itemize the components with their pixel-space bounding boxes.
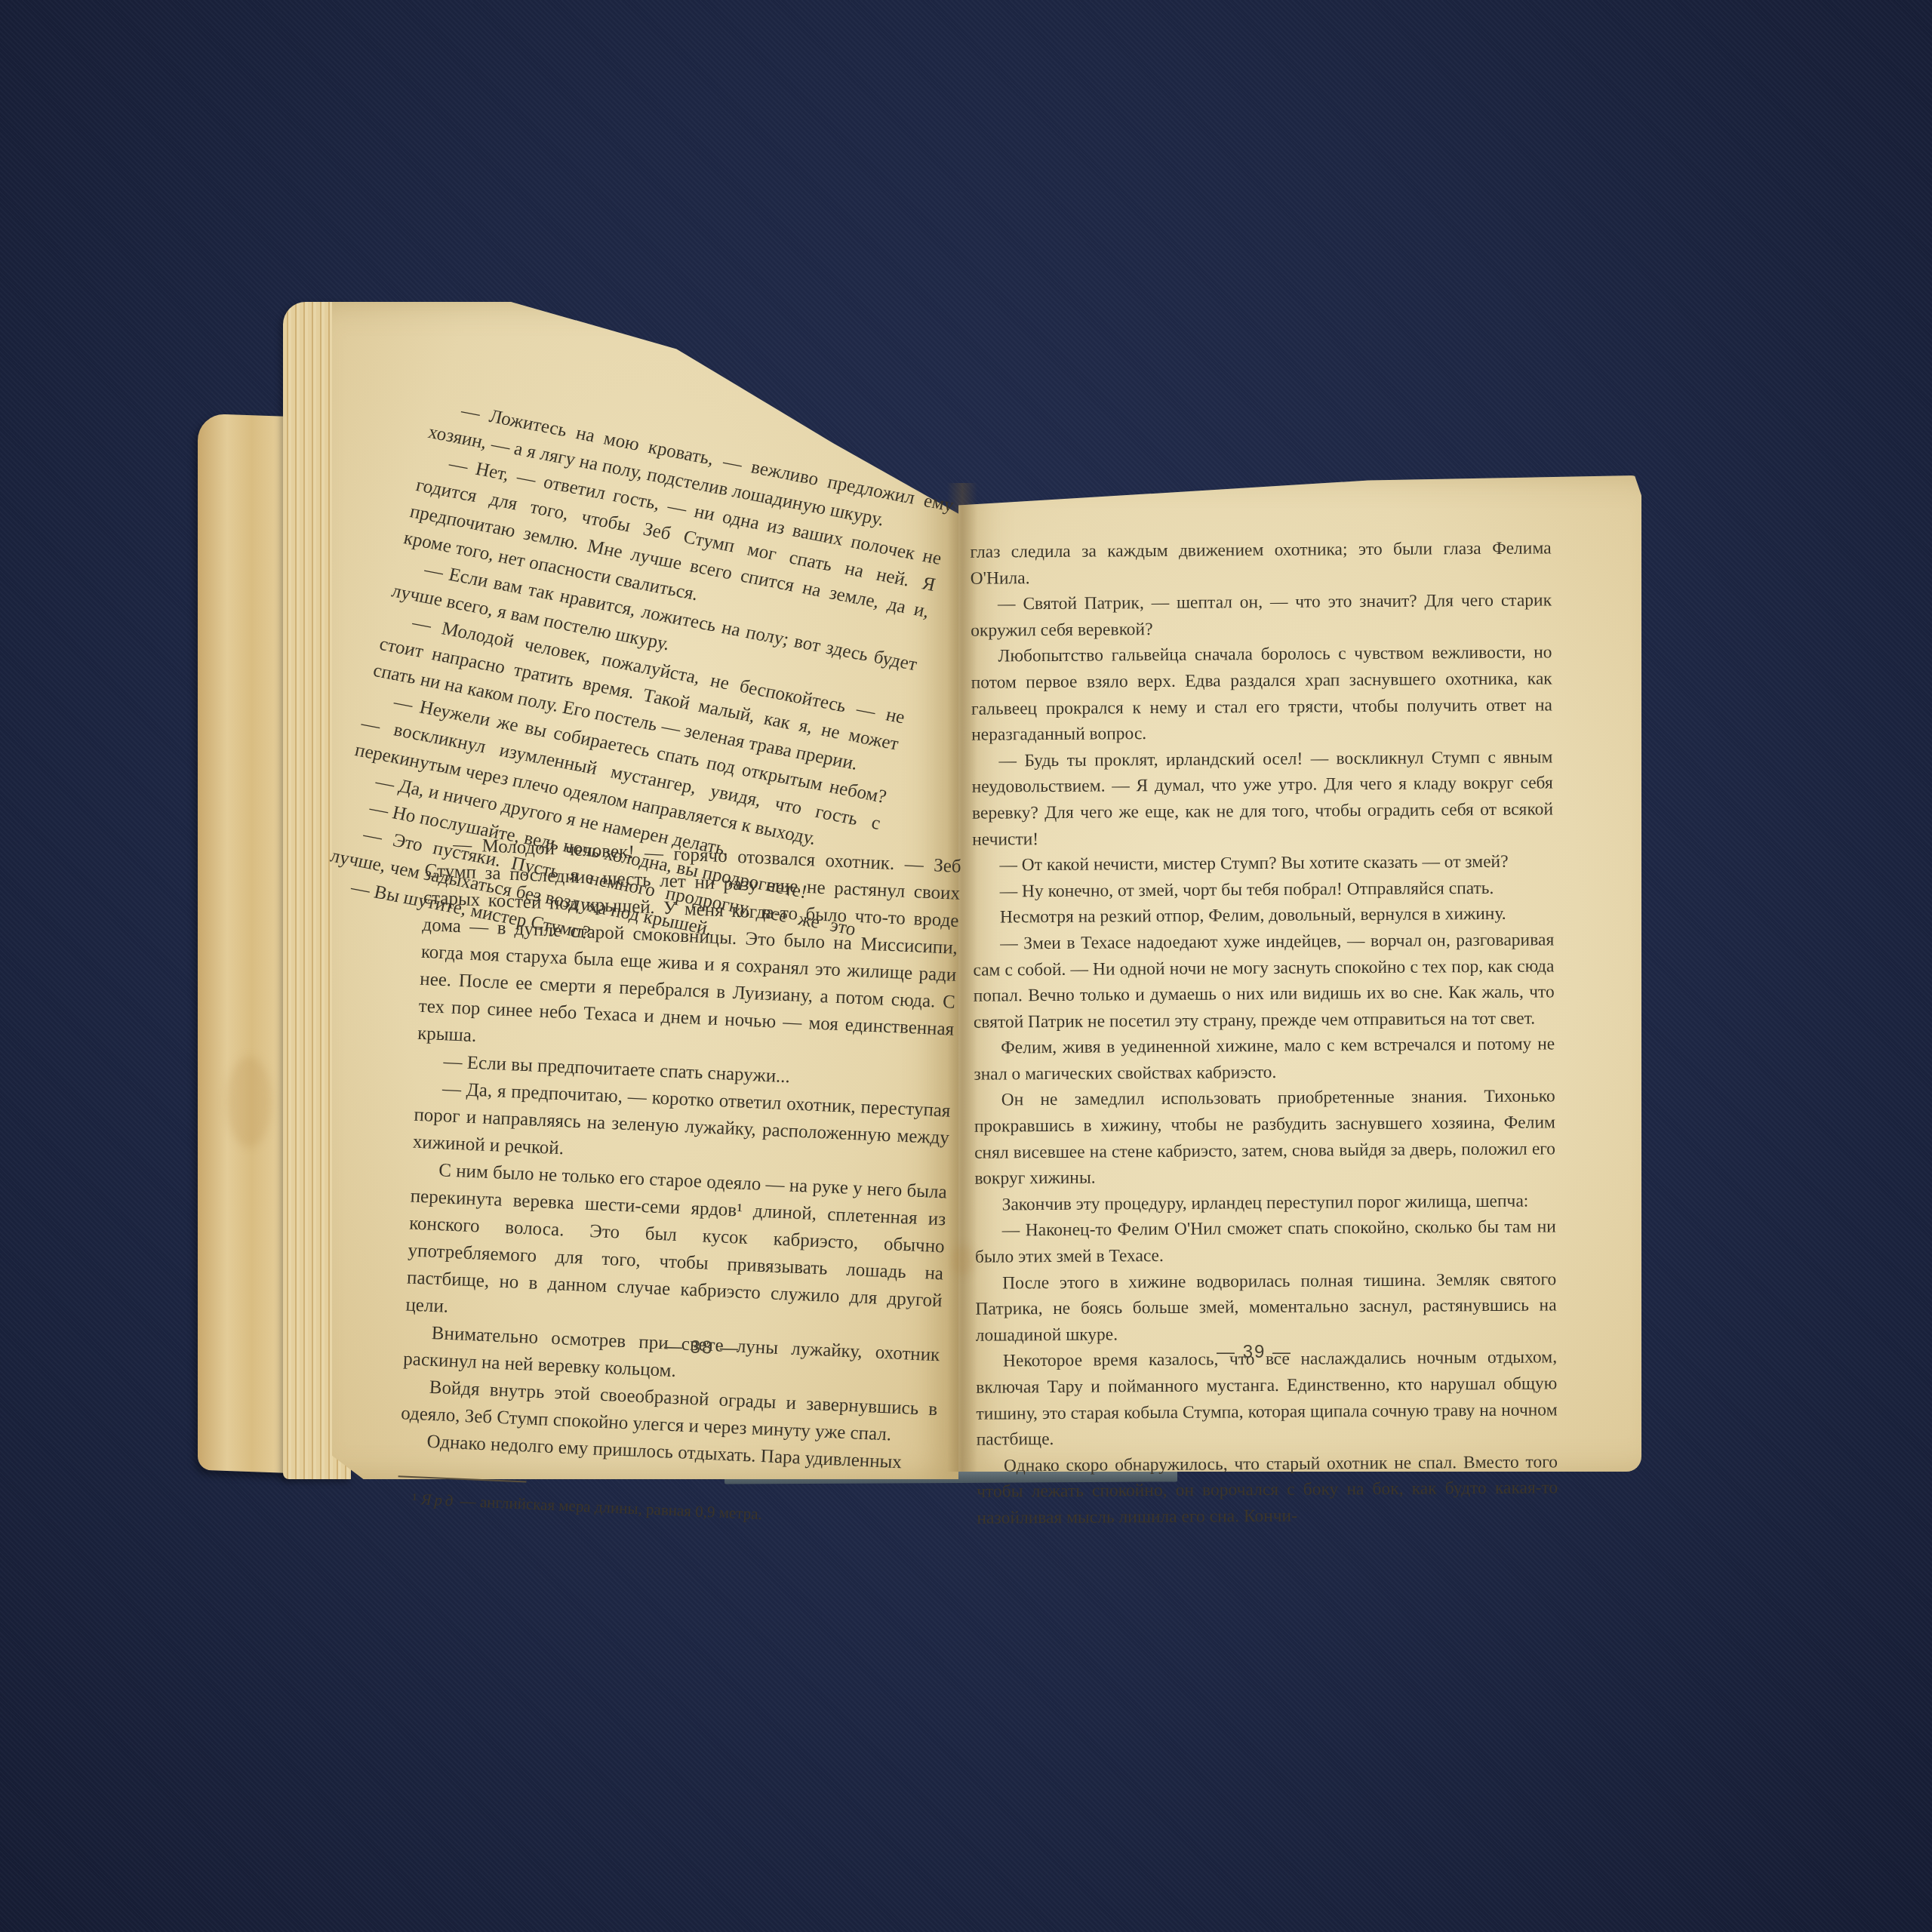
left-page-stack-edge xyxy=(198,414,296,1474)
paragraph: — Ну конечно, от змей, чорт бы тебя побр… xyxy=(973,875,1554,905)
open-book: — Ложитесь на мою кровать, — вежливо пре… xyxy=(0,0,1932,1932)
paragraph: Несмотря на резкий отпор, Фелим, довольн… xyxy=(973,901,1554,931)
paragraph: После этого в хижине водворилась полная … xyxy=(975,1266,1557,1349)
paragraph: Он не замедлил использовать приобретенны… xyxy=(974,1084,1555,1192)
paragraph: Фелим, живя в уединенной хижине, мало с … xyxy=(974,1032,1555,1088)
page-number-right: — 39 — xyxy=(1217,1342,1292,1363)
footnote: ¹ Ярд — английская мера длины, равная 0,… xyxy=(412,1488,934,1532)
paragraph: Закончив эту процедуру, ирландец пересту… xyxy=(974,1188,1555,1218)
paragraph: — Святой Патрик, — шептал он, — что это … xyxy=(971,588,1552,645)
footnote-text: — английская мера длины, равная 0,9 метр… xyxy=(460,1492,762,1523)
footnote-marker: ¹ xyxy=(412,1490,417,1508)
paragraph: — Наконец-то Фелим О'Нил сможет спать сп… xyxy=(975,1214,1556,1271)
footnote-term: Ярд xyxy=(420,1491,457,1510)
paragraph: — Молодой человек! — горячо отозвался ох… xyxy=(417,830,961,1071)
page-number-left: — 38 — xyxy=(664,1337,740,1360)
left-page-text-lower: — Молодой человек! — горячо отозвался ох… xyxy=(397,830,962,1532)
paper-stain xyxy=(951,1245,974,1275)
paragraph: Любопытство гальвейца сначала боролось с… xyxy=(971,640,1552,749)
paragraph-continuation: глаз следила за каждым движением охотник… xyxy=(970,535,1551,592)
paragraph: — Змеи в Техасе надоедают хуже индейцев,… xyxy=(973,927,1555,1035)
footnote-divider xyxy=(398,1475,527,1482)
paragraph: — От какой нечисти, мистер Стумп? Вы хот… xyxy=(972,848,1553,878)
paper-stain xyxy=(226,1057,272,1147)
paragraph: — Будь ты проклят, ирландский осел! — во… xyxy=(971,744,1553,853)
paragraph: Однако скоро обнаружилось, что старый ох… xyxy=(977,1449,1558,1531)
paragraph: С ним было не только его старое одеяло —… xyxy=(405,1156,948,1343)
right-page-text: глаз следила за каждым движением охотник… xyxy=(970,535,1558,1531)
